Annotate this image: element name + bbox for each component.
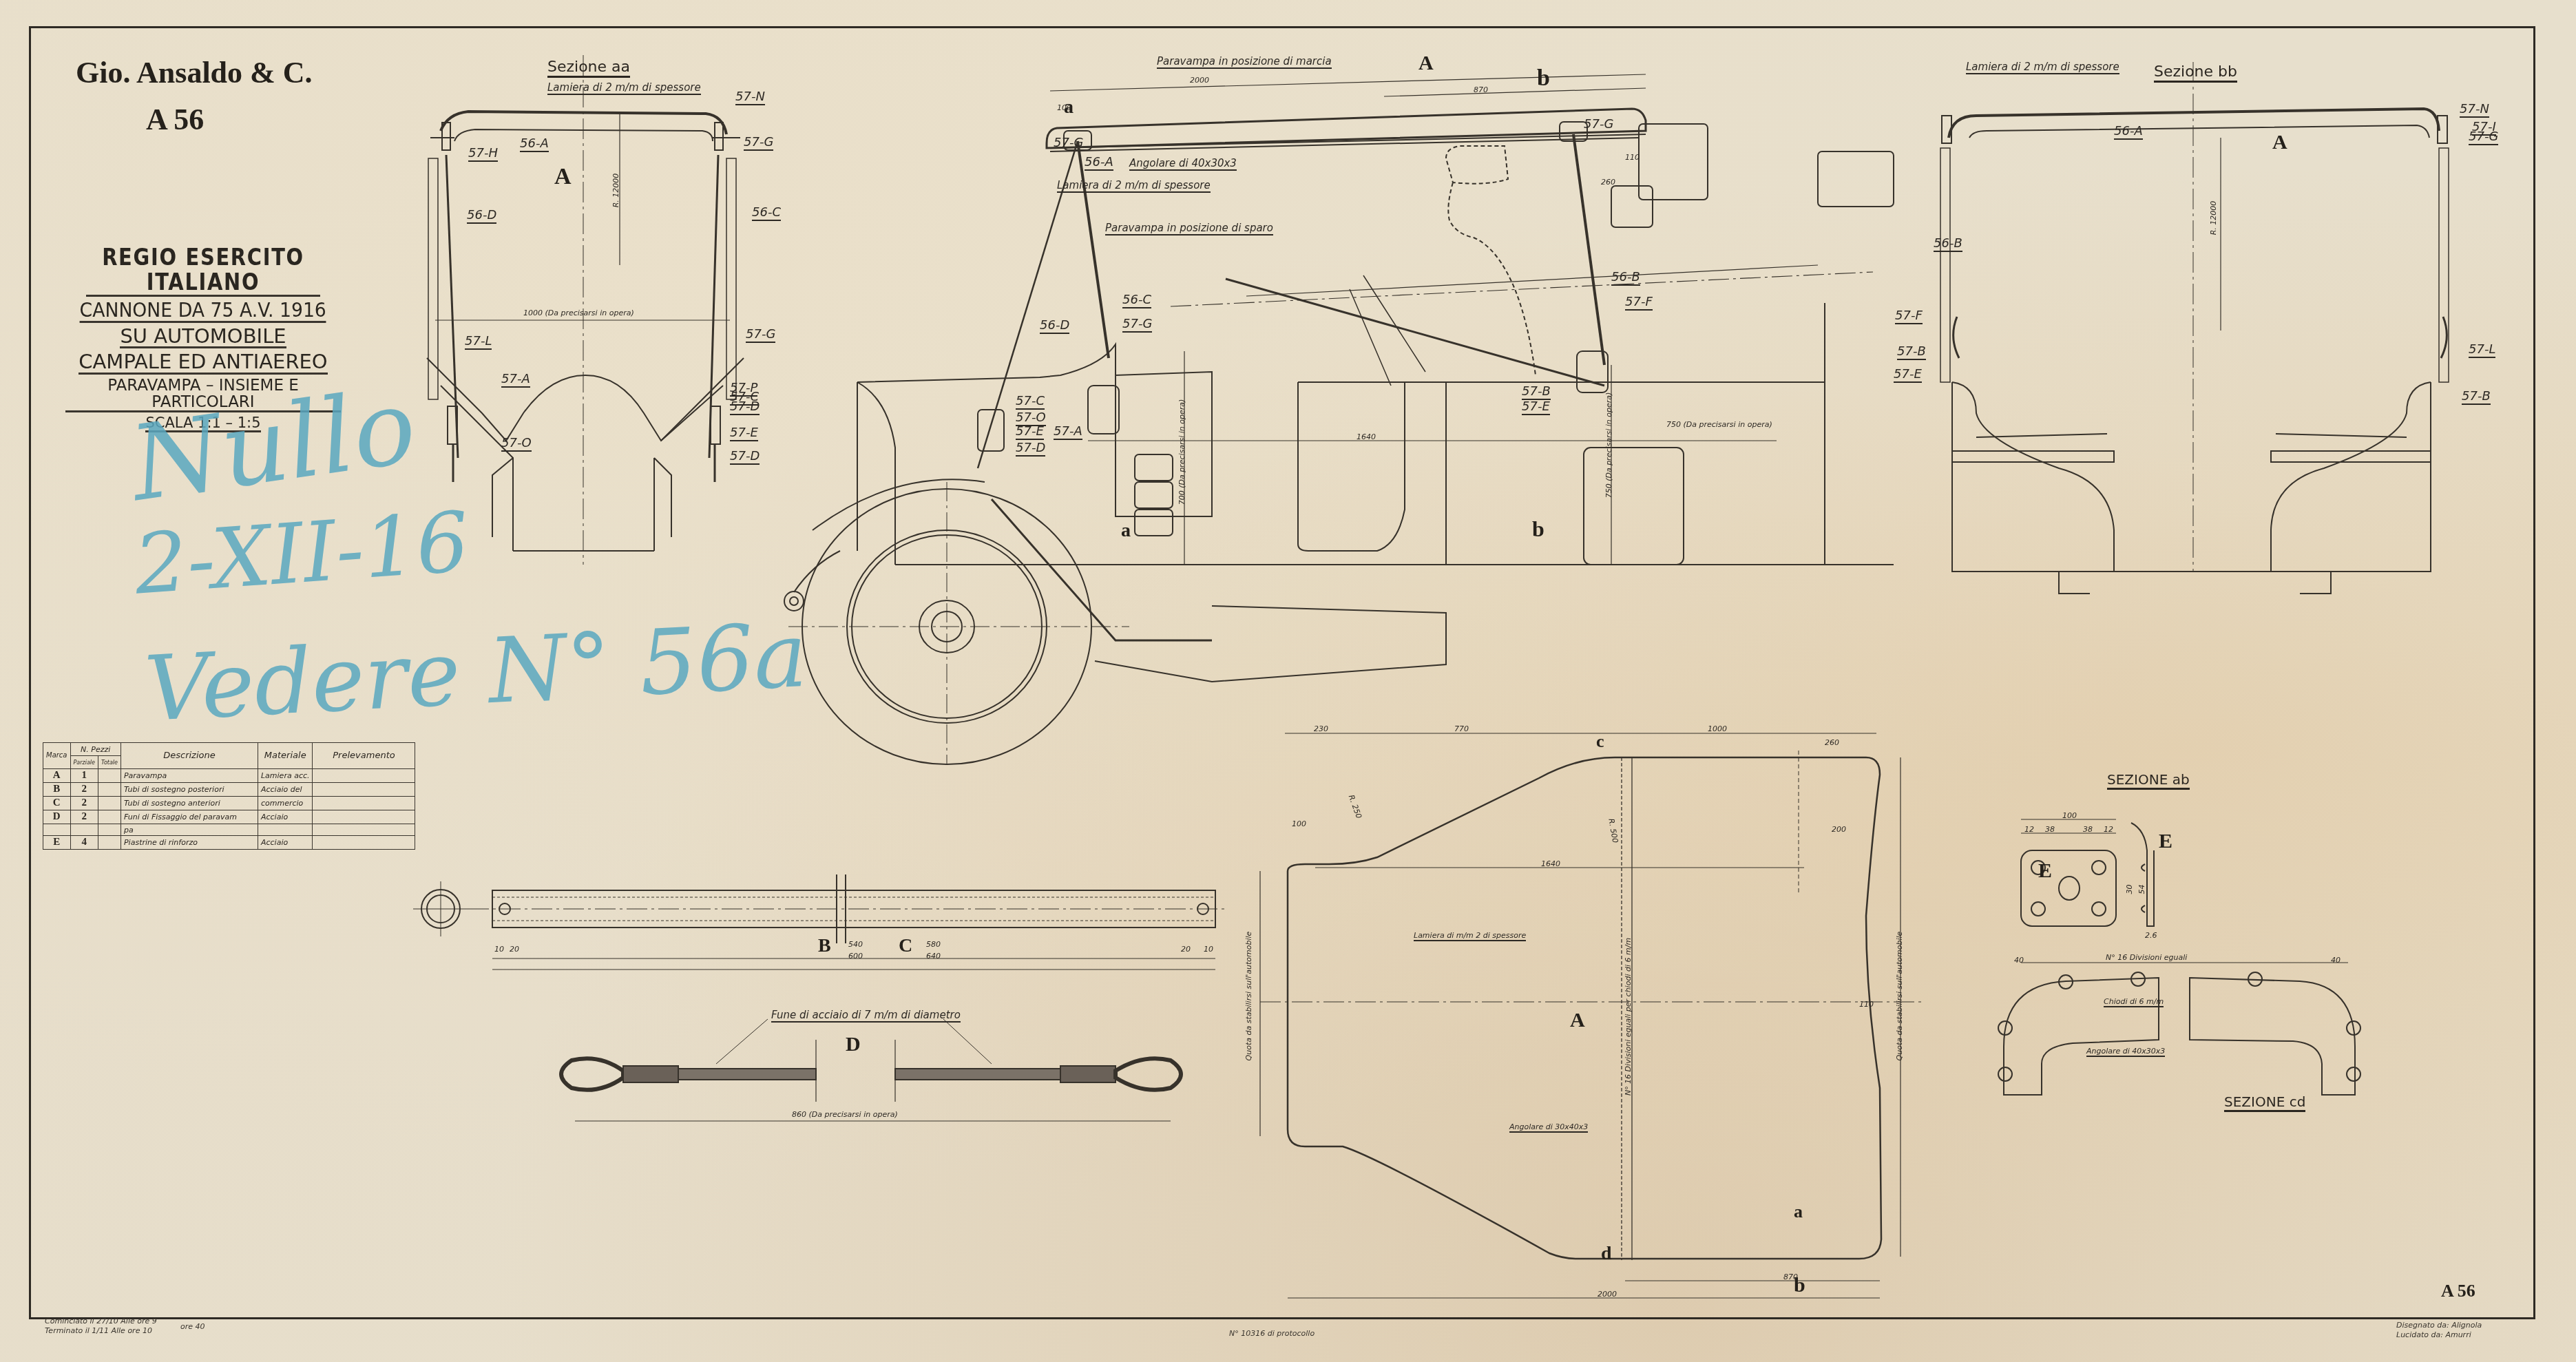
label-57-L-bb: 57-L [2469, 342, 2495, 358]
tube-end-dim-4: 10 [1204, 945, 1213, 954]
section-cd-drawing [1998, 963, 2360, 1095]
label-57-D: 57-D [730, 399, 760, 415]
label-57-G-sv3: 57-G [1122, 317, 1152, 333]
label-57-A: 57-A [501, 372, 530, 388]
dim-1640-sv: 1640 [1357, 432, 1376, 441]
plate-dim-38a: 38 [2045, 825, 2055, 834]
footer-finished: Terminato il 1/11 Alle ore 10 [45, 1326, 157, 1336]
dim-260: 260 [1601, 178, 1615, 187]
label-57-B-bb2: 57-B [2462, 389, 2491, 405]
dim-700: 700 (Da precisarsi in opera) [1177, 399, 1186, 505]
label-57-E-sv2: 57-E [1522, 399, 1550, 415]
label-57-B-bb: 57-B [1897, 344, 1926, 360]
drawing-number: A 56 [146, 102, 204, 137]
label-57-N: 57-N [735, 90, 765, 105]
plan-dim-870: 870 [1783, 1272, 1798, 1281]
plan-mark-A: A [1570, 1009, 1585, 1032]
cd-dim-40b: 40 [2331, 956, 2341, 965]
tube-C-dim-2: 640 [926, 952, 941, 961]
label-57-G: 57-G [744, 135, 773, 151]
tube-mark-C: C [899, 935, 912, 957]
section-bb-drawing [1940, 62, 2449, 594]
label-57-E: 57-E [730, 426, 758, 441]
plan-angle-note: Angolare di 30x40x3 [1509, 1122, 1588, 1133]
section-ab-title: SEZIONE ab [2107, 771, 2190, 790]
section-aa-title: Sezione aa [547, 59, 630, 78]
cd-angle-note: Angolare di 40x30x3 [2086, 1047, 2165, 1057]
label-56-B-bb: 56-B [1934, 236, 1962, 252]
dim-100: 100 [1057, 103, 1071, 112]
footer-protocol: N° 10316 di protocollo [1229, 1329, 1315, 1339]
plan-dim-1000: 1000 [1708, 724, 1727, 733]
col-marca: Marca [43, 743, 71, 769]
plate-dim-38b: 38 [2083, 825, 2093, 834]
label-56-A-sv: 56-A [1085, 155, 1113, 171]
col-prelevamento: Prelevamento [313, 743, 415, 769]
dim-750-h: 750 (Da precisarsi in opera) [1666, 420, 1772, 429]
label-56-A-bb: 56-A [2114, 124, 2143, 140]
label-57-F-bb: 57-F [1895, 308, 1923, 324]
plate-dim-12a: 12 [2024, 825, 2034, 834]
side-view-mark-b: b [1532, 516, 1544, 542]
col-totale: Totale [98, 756, 121, 769]
label-56-D: 56-D [467, 208, 496, 224]
col-descrizione: Descrizione [121, 743, 258, 769]
tube-C-dim-1: 580 [926, 940, 941, 949]
note-fire-position: Paravampa in posizione di sparo [1105, 222, 1273, 235]
plate-mark-E: E [2038, 859, 2052, 883]
label-57-B-sv: 57-B [1522, 384, 1551, 400]
dim-870: 870 [1474, 85, 1488, 94]
plate-dim-54: 54 [2137, 885, 2146, 894]
footer-signatures: Disegnato da: Alignola Lucidato da: Amur… [2396, 1321, 2482, 1341]
section-aa-mark: A [554, 164, 572, 190]
footer-traced-by: Lucidato da: Amurri [2396, 1330, 2482, 1340]
footer-drawn-by: Disegnato da: Alignola [2396, 1321, 2482, 1330]
note-sheet-sv: Lamiera di 2 m/m di spessore [1057, 179, 1211, 193]
cable-detail-drawing [561, 1019, 1181, 1121]
plate-dim-100: 100 [2062, 811, 2077, 820]
footer-work-log: Cominciato il 27/10 Alle ore 9 Terminato… [45, 1317, 157, 1337]
label-57-G-2: 57-G [746, 327, 775, 343]
plan-rivets-note: N° 16 Divisioni eguali per chiodi di 6 m… [1624, 938, 1633, 1096]
plan-dim-230: 230 [1314, 724, 1328, 733]
drawing-sheet: Gio. Ansaldo & C. A 56 REGIO ESERCITO IT… [0, 0, 2576, 1362]
section-aa-sheet-note: Lamiera di 2 m/m di spessore [547, 81, 701, 95]
plan-dim-770: 770 [1454, 724, 1469, 733]
side-view-mark-a: a [1121, 520, 1131, 542]
col-parziale: Parziale [70, 756, 98, 769]
table-row: E 4 Piastrine di rinforzo Acciaio [43, 836, 415, 850]
label-57-E-sv: 57-E [1016, 424, 1044, 440]
dim-2000: 2000 [1190, 76, 1209, 85]
section-bb-title: Sezione bb [2154, 63, 2237, 83]
cd-divisions-note: N° 16 Divisioni eguali [2106, 953, 2187, 962]
plan-sheet-note: Lamiera di m/m 2 di spessore [1414, 931, 1526, 941]
cable-note: Fune di acciaio di 7 m/m di diametro [771, 1009, 961, 1023]
tube-mark-B: B [818, 935, 831, 957]
plan-dim-100: 100 [1292, 819, 1306, 828]
col-n-pezzi: N. Pezzi [70, 743, 121, 756]
side-view-drawing [784, 74, 1894, 764]
title-line-1: REGIO ESERCITO ITALIANO [86, 246, 320, 297]
plate-dim-12b: 12 [2104, 825, 2113, 834]
col-materiale: Materiale [258, 743, 313, 769]
plan-mark-c: c [1596, 731, 1604, 752]
plate-dim-30: 30 [2125, 885, 2134, 894]
section-bb-mark: A [2272, 131, 2287, 154]
plan-d110: 110 [1859, 1000, 1874, 1009]
plan-dim-2000: 2000 [1598, 1290, 1617, 1299]
side-view-mark-b-top: b [1537, 65, 1550, 92]
label-56-C-sv: 56-C [1122, 293, 1151, 308]
dim-110: 110 [1625, 153, 1640, 162]
label-57-G-sv1: 57-G [1054, 136, 1083, 150]
title-line-4: CAMPALE ED ANTIAEREO [78, 351, 327, 374]
label-57-F-sv: 57-F [1625, 295, 1653, 311]
label-56-D-sv: 56-D [1040, 318, 1069, 334]
label-57-E-bb: 57-E [1894, 367, 1922, 383]
label-56-B-sv: 56-B [1611, 270, 1640, 286]
plate-dim-26: 2.6 [2145, 931, 2157, 940]
table-row: pa [43, 824, 415, 836]
company-name: Gio. Ansaldo & C. [76, 55, 313, 90]
plan-quota-right: Quota da stabilirsi sull'automobile [1895, 932, 1904, 1061]
label-57-O: 57-O [501, 436, 532, 452]
cable-mark-D: D [846, 1033, 861, 1056]
plan-dim-260: 260 [1825, 738, 1839, 747]
label-57-D-2: 57-D [730, 449, 760, 465]
tube-end-dim-2: 20 [510, 945, 519, 954]
section-aa-radius: R. 12000 [611, 174, 620, 208]
plan-quota-left: Quota da stabilirsi sull'automobile [1244, 932, 1253, 1061]
label-57-G-sv2: 57-G [1584, 117, 1613, 132]
plan-dim-1640: 1640 [1541, 859, 1560, 868]
section-cd-title: SEZIONE cd [2224, 1093, 2305, 1112]
section-bb-radius: R. 12000 [2209, 201, 2218, 235]
footer-sheet-mark: A 56 [2441, 1281, 2475, 1301]
footer-hours: ore 40 [180, 1322, 205, 1332]
label-57-N-bb: 57-N [2460, 102, 2489, 118]
tube-B-dim-2: 600 [848, 952, 863, 961]
label-57-C-sv: 57-C [1016, 394, 1045, 410]
plan-r200: 200 [1832, 825, 1846, 834]
title-line-2: CANNONE DA 75 A.V. 1916 [80, 300, 326, 322]
label-57-A-sv: 57-A [1054, 424, 1082, 440]
side-view-mark-A: A [1418, 52, 1434, 75]
label-57-G-bb: 57-G [2469, 129, 2498, 145]
cd-dim-40a: 40 [2014, 956, 2024, 965]
note-march-position: Paravampa in posizione di marcia [1157, 55, 1332, 69]
section-aa-width: 1000 (Da precisarsi in opera) [523, 308, 634, 317]
footer-started: Cominciato il 27/10 Alle ore 9 [45, 1317, 157, 1326]
table-row: D 2 Funi di Fissaggio del paravam Acciai… [43, 810, 415, 824]
parts-list-table: Marca N. Pezzi Descrizione Materiale Pre… [43, 742, 415, 850]
label-57-D-sv: 57-D [1016, 441, 1045, 457]
dim-750-v: 750 (Da precisarsi in opera) [1604, 392, 1613, 499]
table-row: A 1 Paravampa Lamiera acc. [43, 769, 415, 783]
tube-end-dim-3: 20 [1181, 945, 1191, 954]
label-56-A: 56-A [520, 136, 549, 152]
table-row: C 2 Tubi di sostegno anteriori commercio [43, 797, 415, 810]
cable-length: 860 (Da precisarsi in opera) [792, 1110, 898, 1119]
table-row: B 2 Tubi di sostegno posteriori Acciaio … [43, 783, 415, 797]
tube-end-dim-1: 10 [494, 945, 504, 954]
section-bb-sheet-note: Lamiera di 2 m/m di spessore [1966, 61, 2119, 74]
note-angle: Angolare di 40x30x3 [1129, 157, 1237, 171]
plate-mark-E-side: E [2159, 830, 2172, 853]
title-line-3: SU AUTOMOBILE [120, 326, 286, 348]
cd-rivets-note: Chiodi di 6 m/m [2104, 997, 2164, 1007]
label-57-L: 57-L [465, 334, 492, 350]
label-57-H: 57-H [468, 146, 498, 162]
plan-mark-a: a [1794, 1202, 1803, 1222]
label-56-C: 56-C [752, 205, 781, 221]
plan-mark-d: d [1601, 1243, 1612, 1265]
tube-B-dim-1: 540 [848, 940, 863, 949]
